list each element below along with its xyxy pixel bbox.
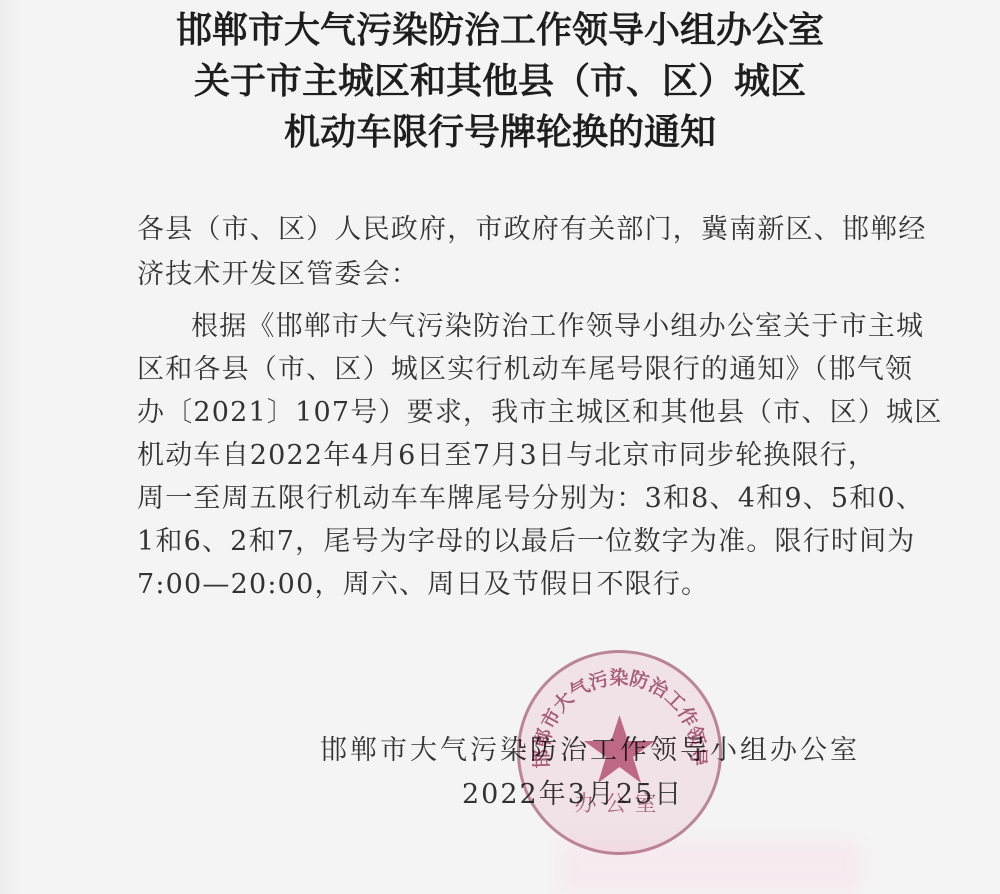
body-line-2: 区和各县（市、区）城区实行机动车尾号限行的通知》（邯气领: [137, 353, 849, 387]
title-line-1: 邯郸市大气污染防治工作领导小组办公室: [0, 2, 1000, 53]
star-icon: [584, 715, 655, 783]
body-line-7: 7:00—20:00，周六、周日及节假日不限行。: [137, 568, 849, 602]
body-line-6: 1和6、2和7，尾号为字母的以最后一位数字为准。限行时间为: [137, 525, 849, 559]
seal-graphic: 邯郸市大气污染防治工作领导小组 办公室: [520, 653, 719, 852]
body-line-1: 根据《邯郸市大气污染防治工作领导小组办公室关于市主城: [137, 310, 849, 344]
title-line-3: 机动车限行号牌轮换的通知: [0, 104, 1000, 155]
title-line-2: 关于市主城区和其他县（市、区）城区: [0, 53, 1000, 104]
addressee-line-1: 各县（市、区）人民政府，市政府有关部门，冀南新区、邯郸经: [137, 213, 849, 247]
official-seal: 邯郸市大气污染防治工作领导小组 办公室: [517, 650, 722, 855]
seal-bottom-text: 办公室: [574, 792, 664, 817]
body-line-5: 周一至周五限行机动车车牌尾号分别为：3和8、4和9、5和0、: [137, 482, 849, 516]
body-line-3: 办〔2021〕107号）要求，我市主城区和其他县（市、区）城区: [137, 396, 849, 430]
body-line-4: 机动车自2022年4月6日至7月3日与北京市同步轮换限行，: [137, 439, 849, 473]
addressee-line-2: 济技术开发区管委会：: [137, 258, 849, 292]
